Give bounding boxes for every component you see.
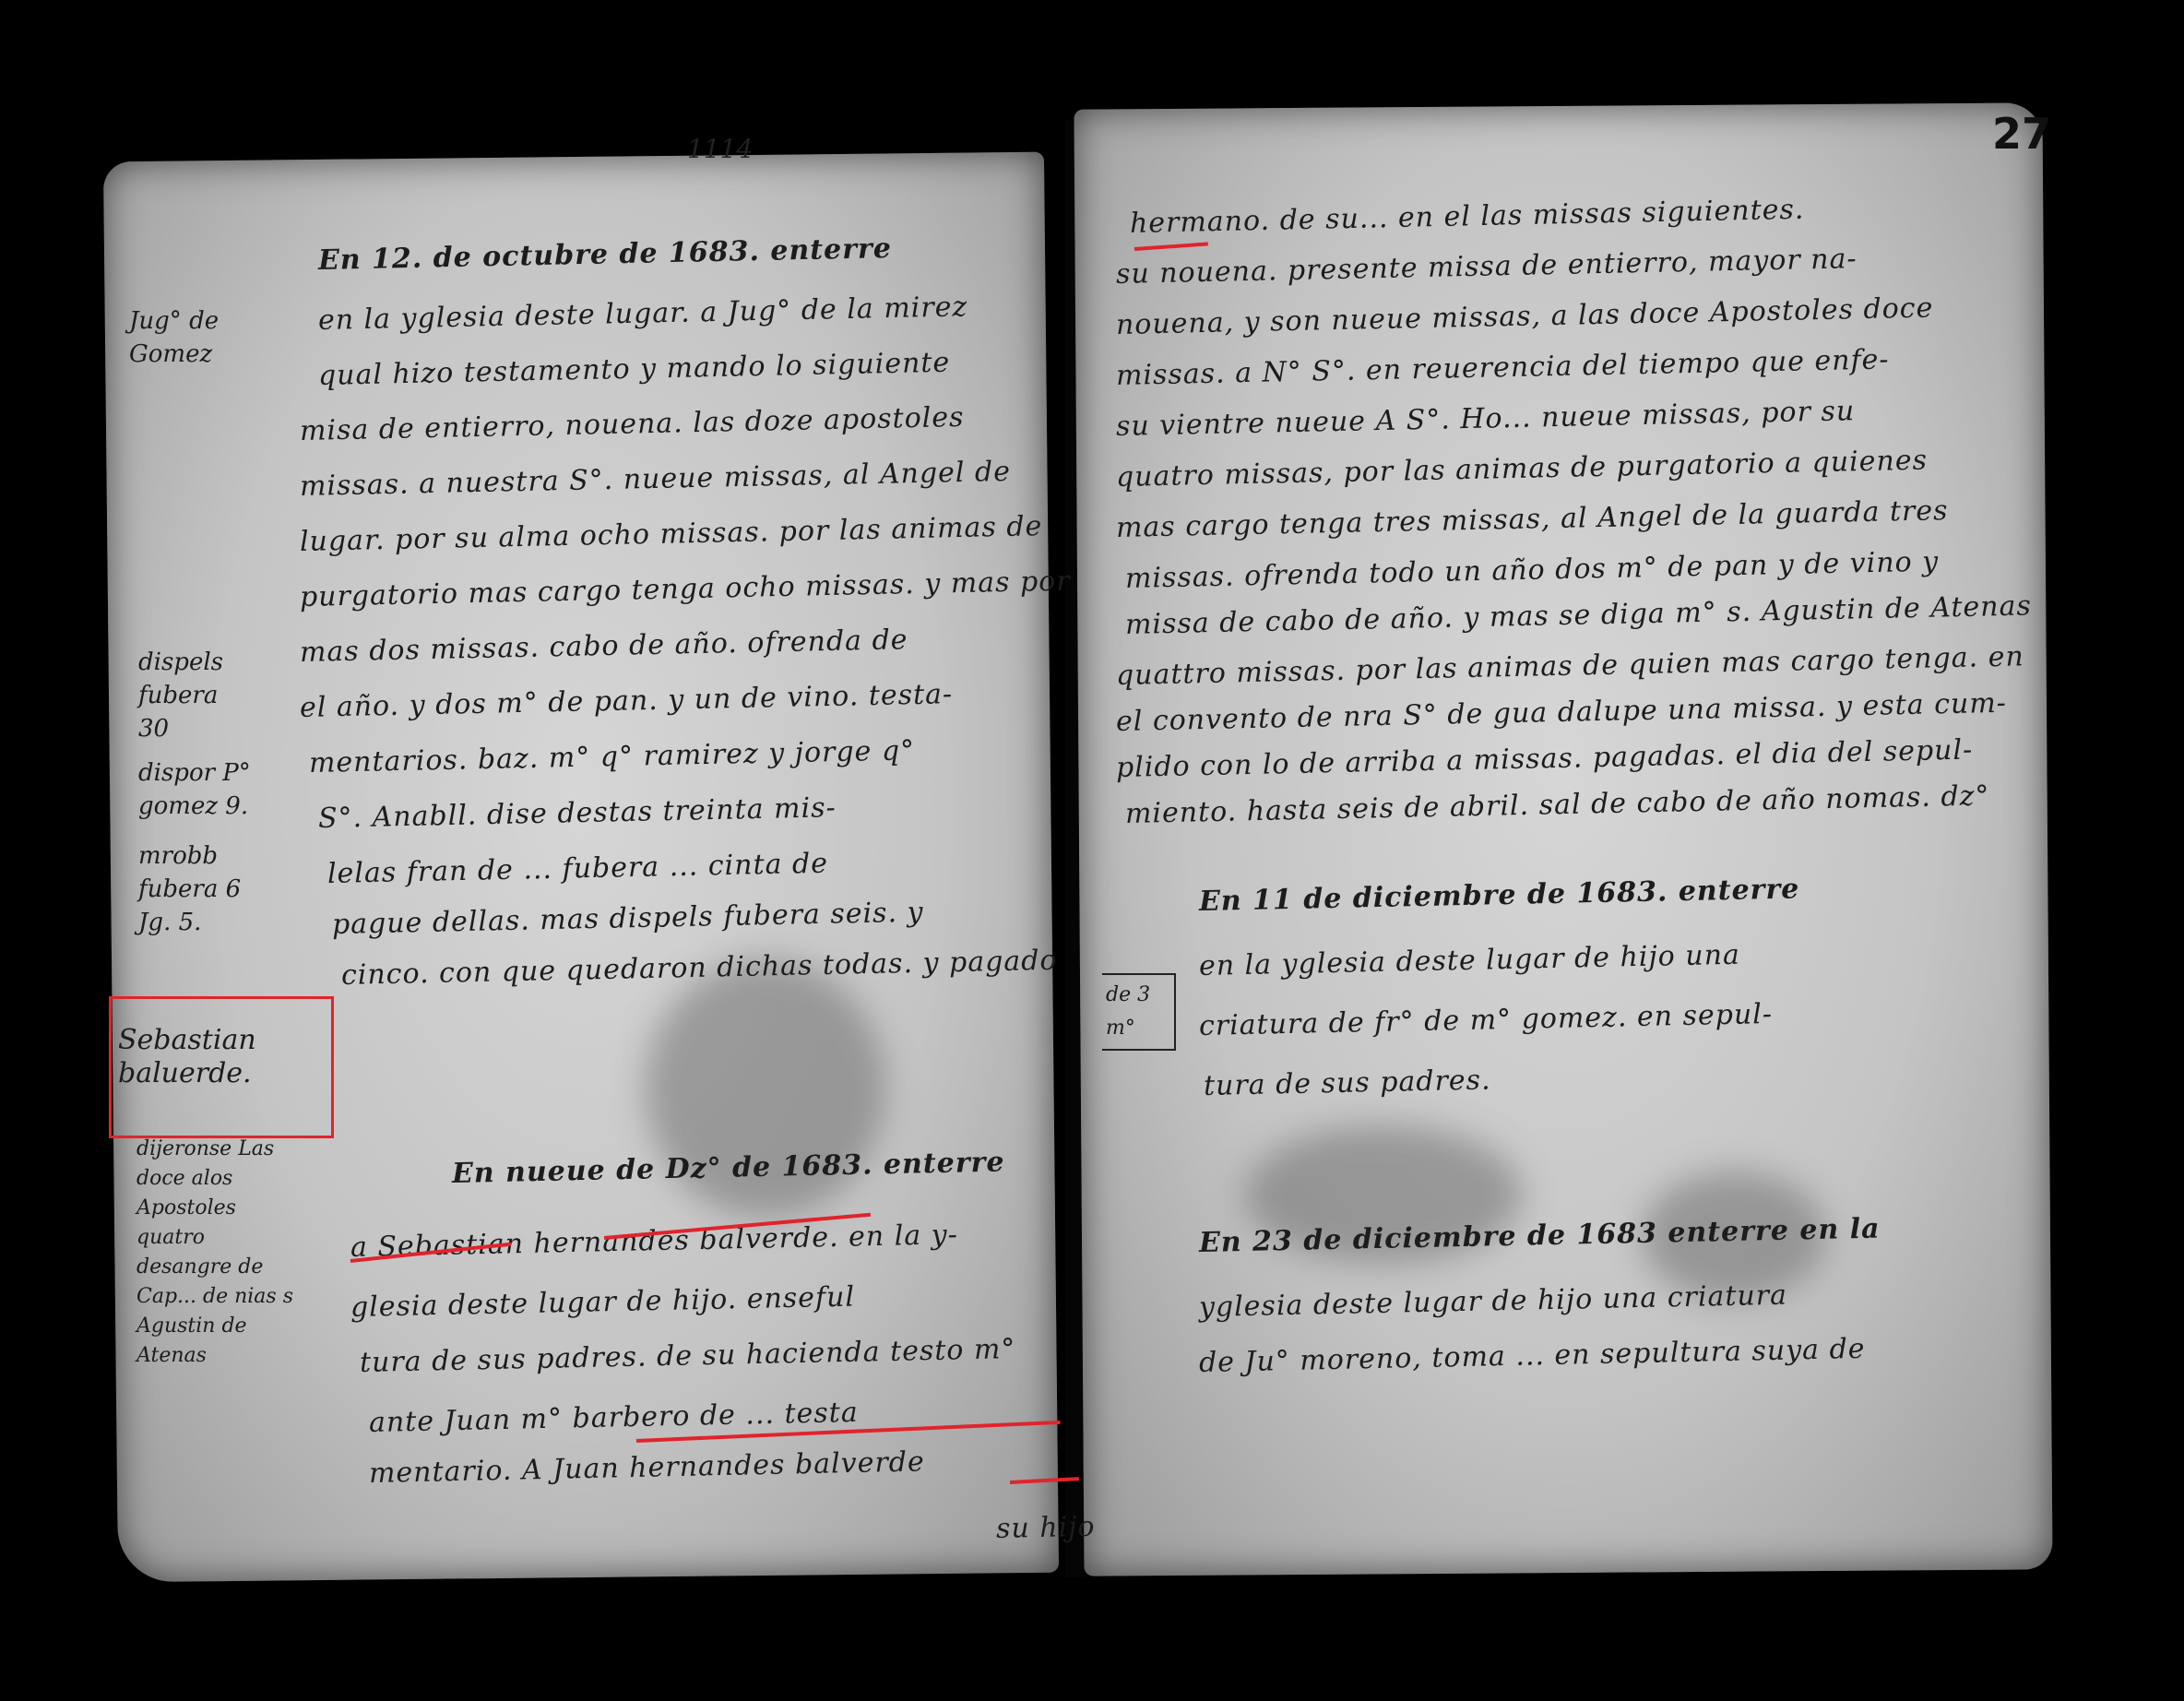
- margin-note: de 3 m°: [1102, 973, 1176, 1051]
- margin-note: Jug° de Gomez: [129, 304, 267, 371]
- entry-line: su hijo: [996, 1511, 1096, 1545]
- highlight-box: [109, 996, 334, 1138]
- folio-mark: 1114: [687, 134, 753, 164]
- page-number: 27: [1992, 109, 2051, 159]
- margin-note: mrobb fubera 6 Jg. 5.: [138, 839, 267, 939]
- margin-note: dispor P° gomez 9.: [138, 756, 267, 823]
- margin-note: dispels fubera 30: [138, 646, 249, 745]
- entry-line: tura de sus padres.: [1204, 1064, 1491, 1102]
- margin-note: dijeronse Las doce alos Apostoles quatro…: [136, 1135, 293, 1371]
